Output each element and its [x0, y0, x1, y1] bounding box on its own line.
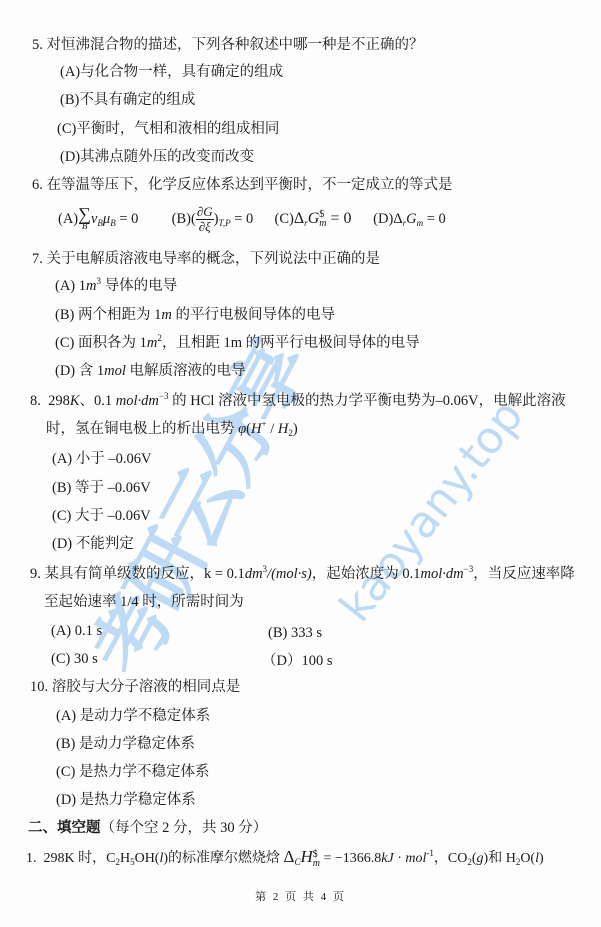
question-8-option-d: (D) 不能判定: [52, 535, 134, 553]
question-6-stem: 6. 在等温等压下，化学反应体系达到平衡时，不一定成立的等式是: [32, 176, 453, 194]
question-10-option-d: (D) 是热力学稳定体系: [56, 791, 196, 809]
question-5-option-c: (C)平衡时，气相和液相的组成相同: [57, 120, 279, 138]
question-5-option-b: (B)不具有确定的组成: [60, 91, 195, 109]
question-6-option-d: (D)ΔrGm = 0: [373, 211, 446, 227]
section-heading-fill-in: 二、填空题（每个空 2 分，共 30 分）: [28, 819, 267, 837]
question-10-option-c: (C) 是热力学不稳定体系: [56, 763, 209, 781]
question-6-option-b: (B)(∂G∂ξ)T,P = 0: [172, 211, 257, 227]
fill-in-question-1: 1. 298K 时，C2H5OH(l)的标准摩尔燃烧焓 ΔCH$m = −136…: [26, 848, 544, 868]
question-8-stem-line-1: 8. 298K、0.1 mol·dm−3 的 HCl 溶液中氢电极的热力学平衡电…: [30, 392, 566, 410]
watermark-url: kaoyany.top: [330, 391, 534, 631]
exam-page: 考研云分享 kaoyany.top 5. 对恒沸混合物的描述，下列各种叙述中哪一…: [0, 0, 601, 927]
question-9-option-b: (B) 333 s: [268, 624, 322, 642]
page-footer: 第 2 页 共 4 页: [0, 888, 601, 904]
question-8-option-b: (B) 等于 –0.06V: [52, 479, 151, 497]
question-6-option-a: (A)∑BvBμB = 0: [58, 211, 142, 227]
question-7-option-b: (B) 两个相距为 1m 的平行电极间导体的电导: [55, 306, 335, 324]
question-8-option-c: (C) 大于 –0.06V: [52, 507, 151, 525]
question-8-option-a: (A) 小于 –0.06V: [52, 450, 151, 468]
question-9-stem-line-1: 9. 某具有简单级数的反应，k = 0.1dm3/(mol·s)，起始浓度为 0…: [30, 565, 575, 583]
question-10-option-b: (B) 是动力学稳定体系: [56, 735, 195, 753]
question-5-option-a: (A)与化合物一样，具有确定的组成: [60, 63, 283, 81]
question-7-stem: 7. 关于电解质溶液电导率的概念，下列说法中正确的是: [32, 250, 380, 268]
question-9-option-a: (A) 0.1 s: [51, 622, 102, 640]
question-10-option-a: (A) 是动力学不稳定体系: [56, 707, 210, 725]
question-9-option-c: (C) 30 s: [51, 650, 98, 668]
question-6-options: (A)∑BvBμB = 0 (B)(∂G∂ξ)T,P = 0 (C)ΔrG$m …: [58, 204, 446, 234]
question-7-option-c: (C) 面积各为 1m2，且相距 1m 的两平行电极间导体的电导: [55, 334, 420, 352]
question-10-stem: 10. 溶胶与大分子溶液的相同点是: [30, 678, 240, 696]
question-9-option-d: （D）100 s: [262, 652, 333, 670]
question-5-option-d: (D)其沸点随外压的改变而改变: [60, 148, 254, 166]
question-9-stem-line-2: 至起始速率 1/4 时，所需时间为: [44, 593, 244, 611]
question-6-option-c: (C)ΔrG$m = 0: [275, 210, 356, 227]
question-8-stem-line-2: 时，氢在铜电极上的析出电势 φ(H+ / H2): [46, 420, 298, 438]
question-5-stem: 5. 对恒沸混合物的描述，下列各种叙述中哪一种是不正确的？: [32, 36, 424, 54]
question-7-option-d: (D) 含 1mol 电解质溶液的电导: [55, 362, 246, 380]
question-7-option-a: (A) 1m3 导体的电导: [55, 277, 177, 295]
